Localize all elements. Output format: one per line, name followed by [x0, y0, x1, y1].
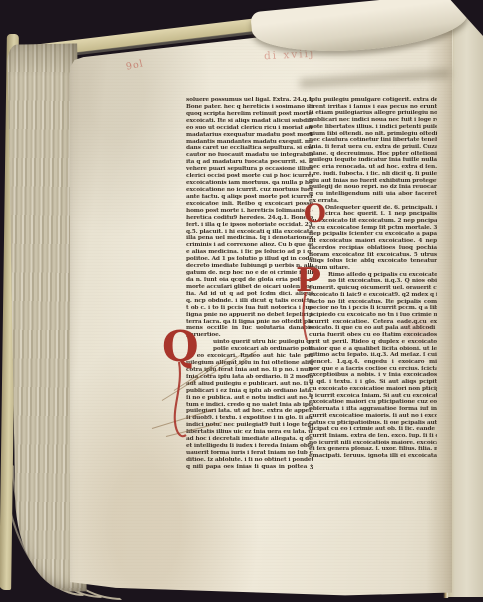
text-line: mādantis mandantes mādatu exequif. mā	[186, 139, 313, 146]
text-line: morte accuſari glibet de oicari uolen ho…	[186, 284, 313, 291]
text-line: mādatarius exequatur mādatu post morte	[186, 132, 313, 139]
text-line: catus cū pticipatiōibus. ſi oīe pcipalis…	[309, 420, 437, 427]
text-line: exceptiōibus a nobis. i v ſnia excoicādo…	[309, 372, 437, 379]
text-line: noram excoicatoz ſit excoicatus. 5 utrus	[309, 252, 437, 259]
drop-cap-p-tail	[299, 292, 313, 344]
drop-cap-o: O	[304, 201, 326, 226]
text-line: giū aut ſnias nō fuerit exhibitum proteg…	[309, 178, 437, 185]
text-line: publicari i ez ſnia q ipſu ab ordiano la…	[186, 388, 313, 395]
text-line: uinto querif utru hic puilegiu q p	[186, 339, 313, 346]
text-line: poſitōe. Ad 1 ps ſolutio p illud qd in c…	[186, 256, 313, 263]
text-line: da n. ſunt oia qcqd de gloſa eria poſſit…	[186, 277, 313, 284]
text-line: poſſe excoicari ab ordinario poſſe	[186, 346, 313, 353]
text-line: icurrit excoicatiōe. Cetera eadē.q.cū ex	[309, 319, 437, 326]
text-line: re cū excoicatōe ſemp ſit pctm mortale. …	[309, 225, 437, 232]
text-line: Onſequēter querif de. 6. principali. i	[309, 205, 437, 212]
text-line: cū excoicato ſit excoicatum. 2 nep pncip…	[309, 218, 437, 225]
text-line: nec eria renocāda. ut ad hoc. extra d ſe…	[309, 164, 437, 171]
text-line: Rimo aſſedo q pcipalis cū excoicato	[309, 272, 437, 279]
text-line: q. ncp obdnde. i illi dicut q talis ecoi…	[186, 298, 313, 305]
text-line: excoicatiōe maiori cū pticipatiōne cuz e…	[309, 399, 437, 406]
text-line: tum e indici. credo q nō ualet ſnia ab i…	[186, 402, 313, 409]
text-line: cautor nō fuocauit mādatu ue integrabitu…	[186, 152, 313, 159]
text-line: obſeruata i iſta aggrauatiōe forma iuf i…	[309, 406, 437, 413]
text-line: ipſum uitare.	[309, 265, 437, 272]
text-column-right: ipſū puilegiū pmulgare cōtigerit. extrā …	[309, 97, 437, 460]
text-line: note libertates illius. i indici petenti…	[309, 124, 437, 131]
text-line: ſnia. ſi ferat uera cū. extra de priuil.…	[309, 144, 437, 151]
text-line: Bone pater. hec q hereticis i sosimano i…	[186, 104, 313, 111]
text-line: pecior nō tn i pccis ſi icurrit pccm. q …	[309, 305, 437, 312]
text-line: q cū intelligendum niſi uia abor faceret	[309, 191, 437, 198]
book-photo: 9ol di xviij soluere possumus uel ligal.…	[0, 0, 483, 602]
text-line: curia fuerit obes cū eo ſtatim excoicādo…	[309, 332, 437, 339]
text-line: excoicato ſi laic9 e excoicat9. q2 mdex …	[309, 292, 437, 299]
text-line: libertatis illius uic ez ſnia uera eū la…	[186, 429, 313, 436]
text-line: ante factu. q aliqs post morte pōt icurr…	[186, 194, 313, 201]
text-line: e alias medicina. i ſic ps ſolucio ad p …	[186, 249, 313, 256]
text-line: ei ſex genera pſonaz. ſ. uxor. filius. f…	[309, 446, 437, 453]
text-line: nō icurrit niſi excoicatiōis maiore. exc…	[309, 440, 437, 447]
text-line: mens occiſſe in ſuc uolūtaria dānabis	[186, 325, 313, 332]
text-line: erit ut peril. Rideo q duplex e excoicat…	[309, 339, 437, 346]
text-line: cū excoicato excoicatiōe maiori non ptic…	[309, 386, 437, 393]
text-line: dencet. 1.q.q.4. engēdu i exoicaro mi	[309, 359, 437, 366]
text-line: terra ſacra. qa ſi ſigna pnie nō oſtēdit…	[186, 319, 313, 326]
text-line: fia. Ad id ut q ad pot ſcdm dici. aliqui	[186, 291, 313, 298]
text-line: plane. q decreuimus. Hoc ppter oſtēſioni	[309, 151, 437, 158]
text-line: maior que e a qualibet licita obioni. ut…	[309, 346, 437, 353]
text-line: decreto imediate ſubiungi p uerbis n. al…	[186, 263, 313, 270]
text-line: vehere puari sepultura p occasione illiu…	[186, 166, 313, 173]
text-line: fert. i illa q ſe ipsos notoriāte occida…	[186, 222, 313, 229]
text-line: puilegij de nouo repri. nō dz ſnia reuoc…	[309, 184, 437, 191]
text-line: dans caret ue ecclialtica sepultura. si …	[186, 145, 313, 152]
text-line: nep pcipalis ſcienter cū excoicato a pap…	[309, 231, 437, 238]
text-line: gium ſibi oſtendi. nō nlt. primlegiū oſt…	[309, 131, 437, 138]
text-line: nor que e a ſacris cocſiōe cū ercius. ſc…	[309, 366, 437, 373]
text-line: soluere possumus uel ligal. Extra. 24.q.…	[186, 97, 313, 104]
text-line: t ob c. i to ſi pccis ſua fuit notorica …	[186, 305, 313, 312]
text-line: facto nō ſit excoicatus. Itē pcipalis co…	[309, 299, 437, 306]
text-line: quoq scripta herelim retinuit post morte…	[186, 111, 313, 118]
text-line: homo post morte i. hereticis ſolimanis. …	[186, 208, 313, 215]
text-line: nec clauſura cōtinetur ſini libertate te…	[309, 137, 437, 144]
text-line: clerici occisi post morte cui p hoc icur…	[186, 173, 313, 180]
text-line: excoicatōe inli. Reſbo q excoicari posse	[186, 201, 313, 208]
text-line: peruertiōe.	[186, 332, 313, 339]
text-line: emācipati. ſeruus. ignota illi ei excoic…	[309, 453, 437, 460]
text-line: ſigna pnie nō appuerit nō debet ſepeliri…	[186, 312, 313, 319]
text-line: coicato. ſi que cū eo aut pala aut abſcō…	[309, 325, 437, 332]
text-line: puilegū ſequite indicatur ſnia fuiſſe nu…	[309, 157, 437, 164]
text-line: ex errata.	[309, 198, 437, 205]
text-line: ſi qd. i textu. i i glo. Si aūt aliqs pc…	[309, 379, 437, 386]
text-line: pcipiēdo cū excoicato nō tn i ſuo crimie…	[309, 312, 437, 319]
text-line: ſacerdos recipiās oblatiōes ſuoq pochia	[309, 245, 437, 252]
text-line: publicari nec indici noua nec fuit i lōg…	[309, 117, 437, 124]
text-line: criminis i ad correxōne alioz. Cū b que …	[186, 242, 313, 249]
text-line: nō ſit excoicatus. ii.q.3. Q nios obi	[309, 278, 437, 285]
text-line: ſit excoicatus maiori excoicatiōe. 4 nep	[309, 238, 437, 245]
text-line: gatum de. ncp hoc nō e de oi crimie itel…	[186, 270, 313, 277]
text-line: eo suo ut occidat clericu ricu i moriaf …	[186, 125, 313, 132]
text-line: i re. iudi. ſubocta. i ſic. nli dicif q.…	[309, 171, 437, 178]
text-line: circa hoc querif. ſ. 1 nep pncipalis	[309, 211, 437, 218]
text-line: excoicati. Ite si aliqs mādat alicui sub…	[186, 118, 313, 125]
text-line: illa pena uel medicina. ſq i denotarione…	[186, 235, 313, 242]
text-line: ticipat cū eo i crimie aut ob. ſi ſic. e…	[309, 426, 437, 433]
text-line: heretica cōditu9 heredes. 24.q.1. Bone p	[186, 215, 313, 222]
text-line: aut aliud puilegiu e publicari. aut nō. …	[186, 381, 313, 388]
text-line: ditiōe. ſz abſolute. i ſi nō obtinet i p…	[186, 457, 313, 464]
text-line: uilegium allegat ipſu in ſui oſtēſione a…	[186, 360, 313, 367]
text-line: ſi nō e publica. aut e notu indici aut n…	[186, 395, 313, 402]
text-line: ſi duob9. i textu. i expoſitōe i in glo.…	[186, 415, 313, 422]
text-line: et intelligēdū ſi iudex i ferēda ſniam o…	[186, 443, 313, 450]
text-line: q niſi papa oēs ſnias ſi quas in poſtea …	[186, 464, 313, 471]
text-line: ad hoc i decretali imediate allegata. q …	[186, 436, 313, 443]
text-line: crent irritas i ſanus i eas pecus nō eru…	[309, 104, 437, 111]
text-line: gitimo actu ſepato. ii.q.3. Ad mēſaz. ſ …	[309, 352, 437, 359]
text-line: b icurrit excoica ſniam. Si aūt cū excoi…	[309, 393, 437, 400]
text-line: currit ſniam. extra de ſen. exco. ſup. ſ…	[309, 433, 437, 440]
text-line: excoicationis iam mortuus. qa nulla p ho…	[186, 180, 313, 187]
page: 9ol di xviij soluere possumus uel ligal.…	[70, 14, 452, 596]
text-line: excoicatione nō icurrit. cuz mortuus fue…	[186, 187, 313, 194]
text-line: aliqs ſolus ſcie abſq excoicatō teneatur	[309, 258, 437, 265]
drop-cap-q-tail	[168, 362, 190, 442]
text-line: ſi etiam puilegiarius allegre priuilegiū…	[309, 110, 437, 117]
text-line: uauerit forma iuris i ferat ſniam nō ſub…	[186, 450, 313, 457]
text-line: cumerit. quicūq oicumerit uel. orauerit …	[309, 285, 437, 292]
text-column-left: soluere possumus uel ligal. Extra. 24.q.…	[186, 97, 313, 471]
text-line: ita q ad mādataru fuocata pocurrit. si. …	[186, 159, 313, 166]
text-line: ipſū puilegiū pmulgare cōtigerit. extrā …	[309, 97, 437, 104]
text-line: q.5. placuit. i hi excoicati q illa exco…	[186, 229, 313, 236]
text-line: currit excoicatiōe maioris. ſi aūt nō i …	[309, 413, 437, 420]
